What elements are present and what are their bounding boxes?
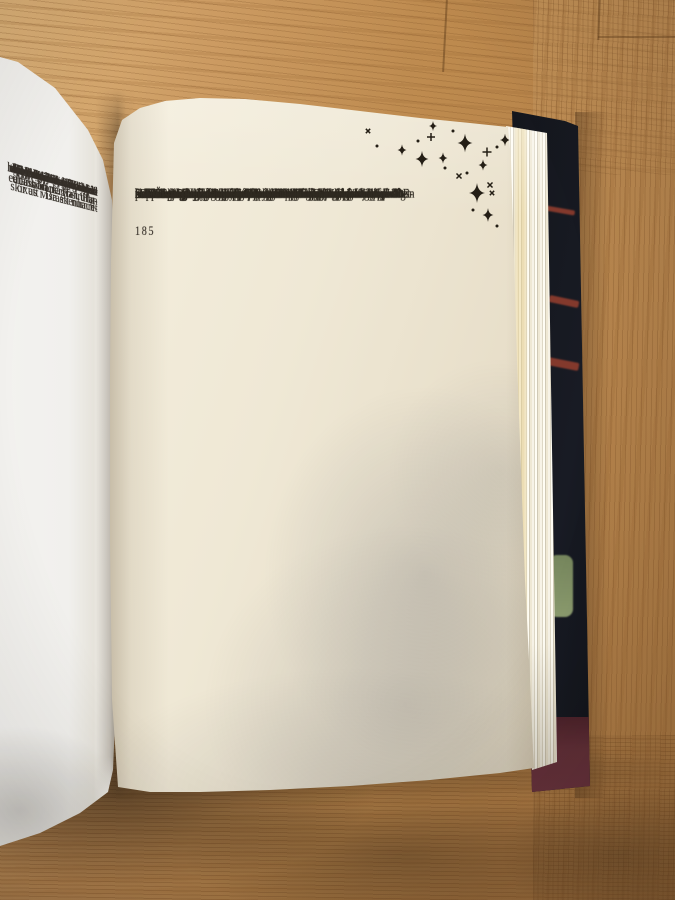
text-line: e hans blick. Han titta- [8,167,97,212]
text-line: för snuskiga tricksare [13,159,97,203]
text-line: … tingvruckare …” [20,161,98,203]
star-icon [500,134,510,147]
text-line: dstyst. [74,176,98,203]
text-line: ågot, tänkte han. Men [13,159,98,203]
star-icon [466,172,469,175]
cover-red-streak [549,295,580,308]
star-icon [472,209,475,212]
cover-red-streak [547,357,580,371]
star-icon [439,152,448,163]
page-number: 185 [135,222,155,242]
star-icon [496,146,499,149]
right-page: hade haft en spade skulle han mer än gär… [105,95,540,798]
star-icon [444,167,447,170]
star-icon [376,145,379,148]
text-line: l. Hans blick borrade [16,160,98,204]
text-line: ”Ers höghet! Jag är djupt hedrad”, mumla… [135,184,400,204]
star-icon [417,140,420,143]
star-icon [483,148,492,157]
star-icon [416,151,429,167]
text-line: ckiga brickor! Sju sjö- [10,158,98,203]
text-line: dligen på att gå över – [10,158,97,203]
star-icon [469,183,485,203]
text-line: ldeles tillräckligt med [12,159,97,204]
star-icon [458,134,473,153]
text-line: gda. Hon viftade med [13,159,98,203]
text-line: mör. [81,178,97,203]
star-icon [456,173,461,178]
text-line: ackar klickar, flickor [17,160,98,203]
star-icon [452,130,455,133]
text-line: de sjuksköterskor … i [11,158,97,203]
star-icon [487,182,492,187]
text-line: t skulle vara till någon [10,158,98,203]
plank-seam [598,36,675,38]
star-icon [398,144,407,155]
star-icon [490,191,494,195]
star-icon [429,121,437,131]
text-line: skixus i Draskenhach- [10,176,97,220]
text-line: t hat. Om Sebastian [22,161,98,203]
star-icon [427,133,435,141]
text-line: ebastian nervöst. Han [13,169,97,212]
star-icon [496,225,499,228]
text-line: u få höra några trung- [12,168,97,212]
text-line: desperation bestämde [13,159,97,203]
photo-of-open-book: dstyst.ebastian nervöst. Hanhade börjat … [0,0,675,900]
text-line: ör att visa att numret [17,178,97,220]
text-line: lara sig och gav sig in [12,158,98,203]
text-line: mhet. Men han brydde [9,158,98,204]
cover-red-streak [545,205,575,215]
star-icon [366,129,370,133]
text-line: hade börjat smälta bort [7,157,97,203]
star-icon [479,159,488,170]
left-page-text: dstyst.ebastian nervöst. Hanhade börjat … [0,155,99,755]
star-icon [483,208,494,222]
